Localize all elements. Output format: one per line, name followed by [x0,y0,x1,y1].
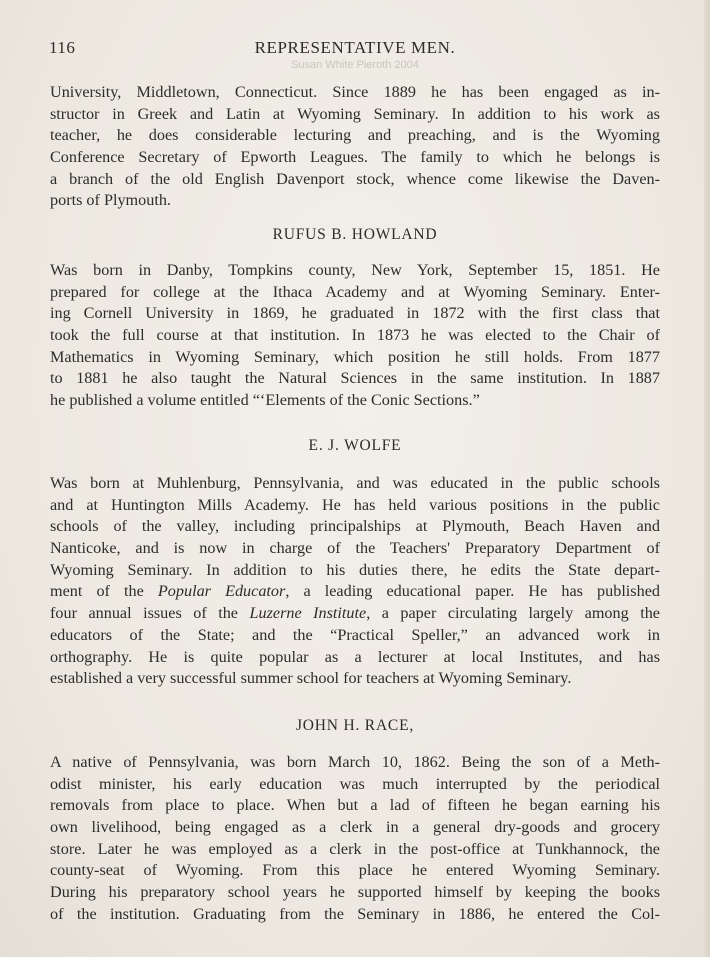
text-line: own livelihood, being engaged as a clerk… [50,817,660,839]
race-paragraph: A native of Pennsylvania, was born March… [50,752,660,926]
text-line: county-seat of Wyoming. From this place … [50,860,660,882]
section-heading-race: JOHN H. RACE, [0,717,710,735]
text-line: A native of Pennsylvania, was born March… [50,752,660,774]
text-line: educators of the State; and the “Practic… [50,625,660,647]
book-page: 116 REPRESENTATIVE MEN. Susan White Pier… [0,0,710,957]
text-line: ing Cornell University in 1869, he gradu… [50,303,660,325]
text-line: Conference Secretary of Epworth Leagues.… [50,147,660,169]
text-line: schools of the valley, including princip… [50,516,660,538]
text-line: took the full course at that institution… [50,325,660,347]
watermark: Susan White Pieroth 2004 [0,59,710,71]
text-line: orthography. He is quite popular as a le… [50,647,660,669]
howland-paragraph: Was born in Danby, Tompkins county, New … [50,260,660,412]
text-line italic-line: four annual issues of the Luzerne Instit… [50,603,660,625]
text-line: to 1881 he also taught the Natural Scien… [50,368,660,390]
text-line: Was born in Danby, Tompkins county, New … [50,260,660,282]
italic-title: Luzerne Institute [249,604,366,622]
text-line: he published a volume entitled “‘Element… [50,390,660,412]
text-line: Was born at Muhlenburg, Pennsylvania, an… [50,473,660,495]
text-line: During his preparatory school years he s… [50,882,660,904]
text-line: ports of Plymouth. [50,190,660,212]
text-line: Nanticoke, and is now in charge of the T… [50,538,660,560]
text-line: Wyoming Seminary. In addition to his dut… [50,560,660,582]
running-title: REPRESENTATIVE MEN. [0,38,710,58]
text-line: odist minister, his early education was … [50,774,660,796]
italic-title: Popular Educator [158,582,285,600]
text-line: structor in Greek and Latin at Wyoming S… [50,104,660,126]
text-line: teacher, he does considerable lecturing … [50,125,660,147]
text-line: a branch of the old English Davenport st… [50,169,660,191]
text-line: University, Middletown, Connecticut. Sin… [50,82,660,104]
text-line: and at Huntington Mills Academy. He has … [50,495,660,517]
section-heading-howland: RUFUS B. HOWLAND [0,226,710,244]
text-line: store. Later he was employed as a clerk … [50,839,660,861]
continuation-paragraph: University, Middletown, Connecticut. Sin… [50,82,660,212]
text-line: established a very successful summer sch… [50,668,660,690]
text-line: Mathematics in Wyoming Seminary, which p… [50,347,660,369]
text-line: prepared for college at the Ithaca Acade… [50,282,660,304]
text-line italic-line: ment of the Popular Educator, a leading … [50,581,660,603]
page-edge [704,0,710,957]
section-heading-wolfe: E. J. WOLFE [0,437,710,455]
wolfe-paragraph: Was born at Muhlenburg, Pennsylvania, an… [50,473,660,690]
text-line: of the institution. Graduating from the … [50,904,660,926]
text-line: removals from place to place. When but a… [50,795,660,817]
